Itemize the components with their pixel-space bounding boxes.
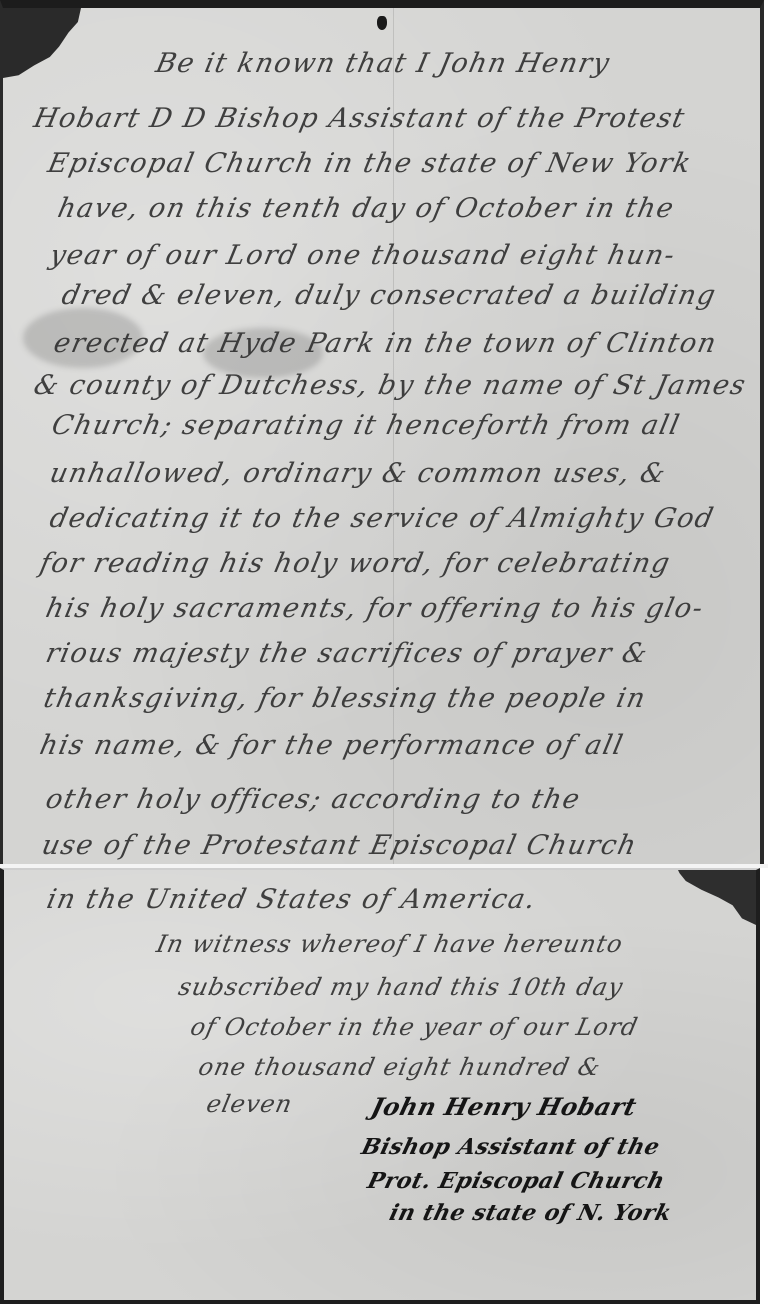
signature-title-line: in the state of N. York <box>387 1200 675 1226</box>
signature-title-line: Bishop Assistant of the <box>359 1134 663 1160</box>
body-line: have, on this tenth day of October in th… <box>55 193 678 224</box>
body-line: year of our Lord one thousand eight hun- <box>47 240 679 271</box>
body-line: rious majesty the sacrifices of prayer & <box>43 638 651 669</box>
body-line: other holy offices; according to the <box>43 784 584 815</box>
body-line: thanksgiving, for blessing the people in <box>41 683 649 714</box>
body-line: & county of Dutchess, by the name of St … <box>31 370 749 401</box>
document-page-upper: Be it known that I John Henry Hobart D D… <box>0 0 764 864</box>
body-line: his name, & for the performance of all <box>37 730 627 761</box>
body-line: dred & eleven, duly consecrated a buildi… <box>59 280 719 311</box>
signature-block: John Henry Hobart Bishop Assistant of th… <box>4 870 756 1300</box>
body-line: Church; separating it henceforth from al… <box>49 410 683 441</box>
body-line: use of the Protestant Episcopal Church <box>39 830 640 861</box>
document-page-lower: in the United States of America. In witn… <box>0 868 760 1304</box>
body-line: Hobart D D Bishop Assistant of the Prote… <box>31 103 688 134</box>
body-line: Be it known that I John Henry <box>153 48 613 79</box>
body-line: his holy sacraments, for offering to his… <box>43 593 707 624</box>
body-text: Be it known that I John Henry Hobart D D… <box>3 8 760 864</box>
signature-title-line: Prot. Episcopal Church <box>365 1168 668 1194</box>
signature-name: John Henry Hobart <box>368 1092 639 1121</box>
body-line: Episcopal Church in the state of New Yor… <box>45 148 695 179</box>
document-photo: Be it known that I John Henry Hobart D D… <box>0 0 768 1307</box>
body-line: for reading his holy word, for celebrati… <box>37 548 674 579</box>
body-line: erected at Hyde Park in the town of Clin… <box>51 328 720 359</box>
body-line: dedicating it to the service of Almighty… <box>47 503 717 534</box>
body-line: unhallowed, ordinary & common uses, & <box>47 458 669 489</box>
